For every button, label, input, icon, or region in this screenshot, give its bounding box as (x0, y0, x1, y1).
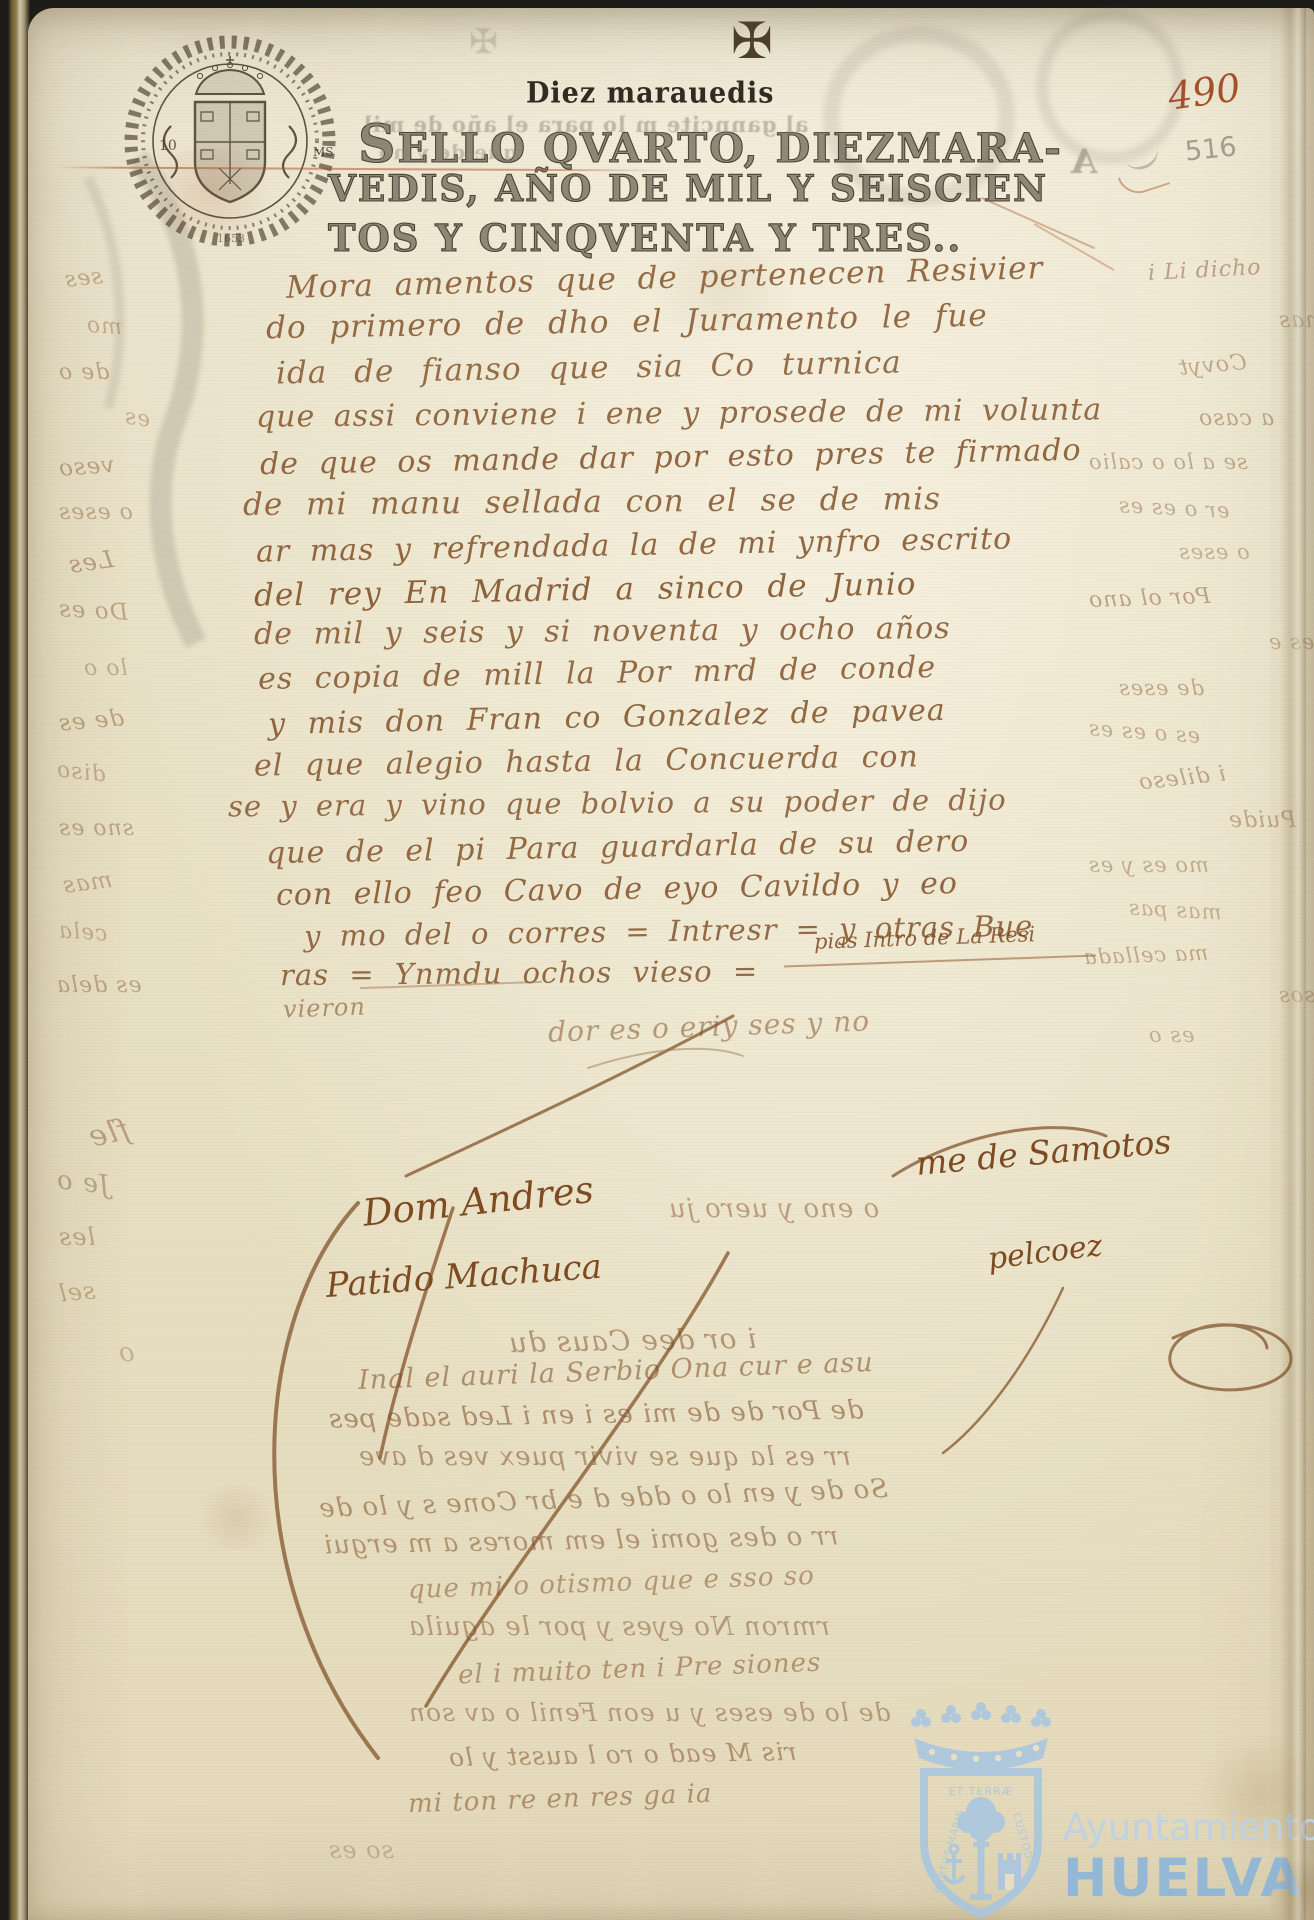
shield-motto-top: ET TERRÆ (949, 1785, 1014, 1798)
paper-crease (1280, 8, 1306, 1920)
watermark-city-name: HUELVA (1063, 1848, 1304, 1909)
signature-flourishes (28, 8, 1314, 1920)
crown-trefoils (911, 1702, 1051, 1727)
paper-sheet: ✠ ✠ 10 MS 1653 (28, 8, 1314, 1920)
huelva-coat-of-arms: ET TERRÆ PORTUS MARIS CUSTODIA (906, 1702, 1056, 1920)
watermark-org-name: Ayuntamiento de (1063, 1806, 1314, 1849)
book-binding-edge (0, 0, 30, 1920)
manuscript-scan-page: ✠ ✠ 10 MS 1653 (0, 0, 1314, 1920)
